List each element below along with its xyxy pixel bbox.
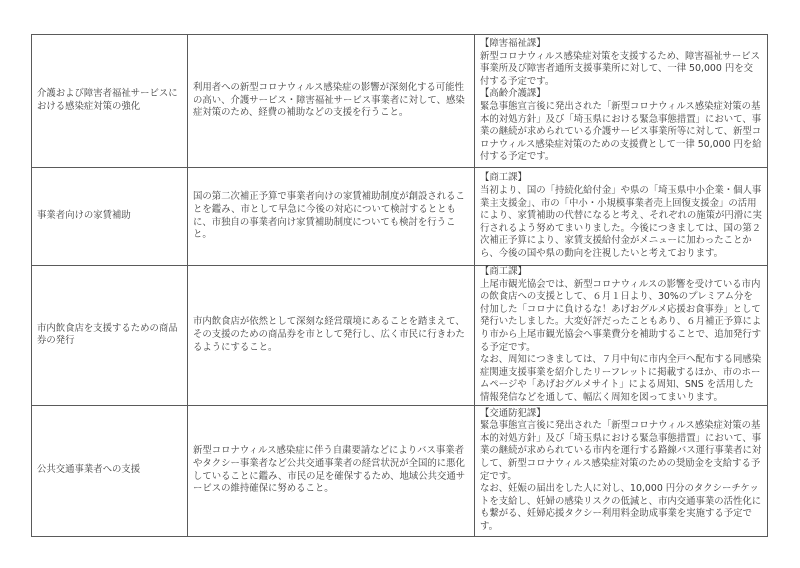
department-label: 【商工課】 <box>480 172 762 185</box>
item-cell: 介護および障害者福祉サービスにおける感染症対策の強化 <box>32 35 188 168</box>
table-row: 介護および障害者福祉サービスにおける感染症対策の強化 利用者への新型コロナウィル… <box>32 35 768 168</box>
item-cell: 公共交通事業者への支援 <box>32 405 188 536</box>
request-cell: 新型コロナウィルス感染症に伴う自粛要請などによりバス事業者やタクシー事業者など公… <box>188 405 475 536</box>
response-text-note: なお、周知につきましては、７月中旬に市内全戸へ配布する同感染症関連支援事業を紹介… <box>480 354 762 404</box>
response-text: 新型コロナウィルス感染症対策を支援するため、障害福祉サービス事業所及び障害者通所… <box>480 51 762 89</box>
table-row: 公共交通事業者への支援 新型コロナウィルス感染症に伴う自粛要請などによりバス事業… <box>32 405 768 536</box>
item-cell: 市内飲食店を支援するための商品券の発行 <box>32 266 188 406</box>
table-row: 市内飲食店を支援するための商品券の発行 市内飲食店が依然として深刻な経営環境にあ… <box>32 266 768 406</box>
request-cell: 市内飲食店が依然として深刻な経営環境にあることを踏まえて、その支援のための商品券… <box>188 266 475 406</box>
item-cell: 事業者向けの家賃補助 <box>32 168 188 266</box>
response-text: 緊急事態宣言後に発出された「新型コロナウィルス感染症対策の基本的対処方針」及び「… <box>480 420 762 483</box>
response-cell: 【商工課】 当初より、国の「持続化給付金」や県の「埼玉県中小企業・個人事業主支援… <box>475 168 768 266</box>
department-label: 【高齢介護課】 <box>480 88 762 101</box>
department-label: 【障害福祉課】 <box>480 38 762 51</box>
request-response-table: 介護および障害者福祉サービスにおける感染症対策の強化 利用者への新型コロナウィル… <box>31 34 768 537</box>
table-row: 事業者向けの家賃補助 国の第二次補正予算で事業者向けの家賃補助制度が創設されるこ… <box>32 168 768 266</box>
department-label: 【商工課】 <box>480 266 762 279</box>
response-text-note: なお、妊娠の届出をした人に対し、10,000 円分のタクシーチケットを支給し、妊… <box>480 483 762 533</box>
department-label: 【交通防犯課】 <box>480 408 762 421</box>
response-text: 当初より、国の「持続化給付金」や県の「埼玉県中小企業・個人事業主支援金」、市の「… <box>480 185 762 261</box>
response-text: 上尾市観光協会では、新型コロナウィルスの影響を受けている市内の飲食店への支援とし… <box>480 279 762 355</box>
request-cell: 国の第二次補正予算で事業者向けの家賃補助制度が創設されることを鑑み、市として早急… <box>188 168 475 266</box>
request-cell: 利用者への新型コロナウィルス感染症の影響が深刻化する可能性の高い、介護サービス・… <box>188 35 475 168</box>
response-text: 緊急事態宣言後に発出された「新型コロナウィルス感染症対策の基本的対処方針」及び「… <box>480 101 762 164</box>
response-cell: 【障害福祉課】 新型コロナウィルス感染症対策を支援するため、障害福祉サービス事業… <box>475 35 768 168</box>
response-cell: 【交通防犯課】 緊急事態宣言後に発出された「新型コロナウィルス感染症対策の基本的… <box>475 405 768 536</box>
response-cell: 【商工課】 上尾市観光協会では、新型コロナウィルスの影響を受けている市内の飲食店… <box>475 266 768 406</box>
